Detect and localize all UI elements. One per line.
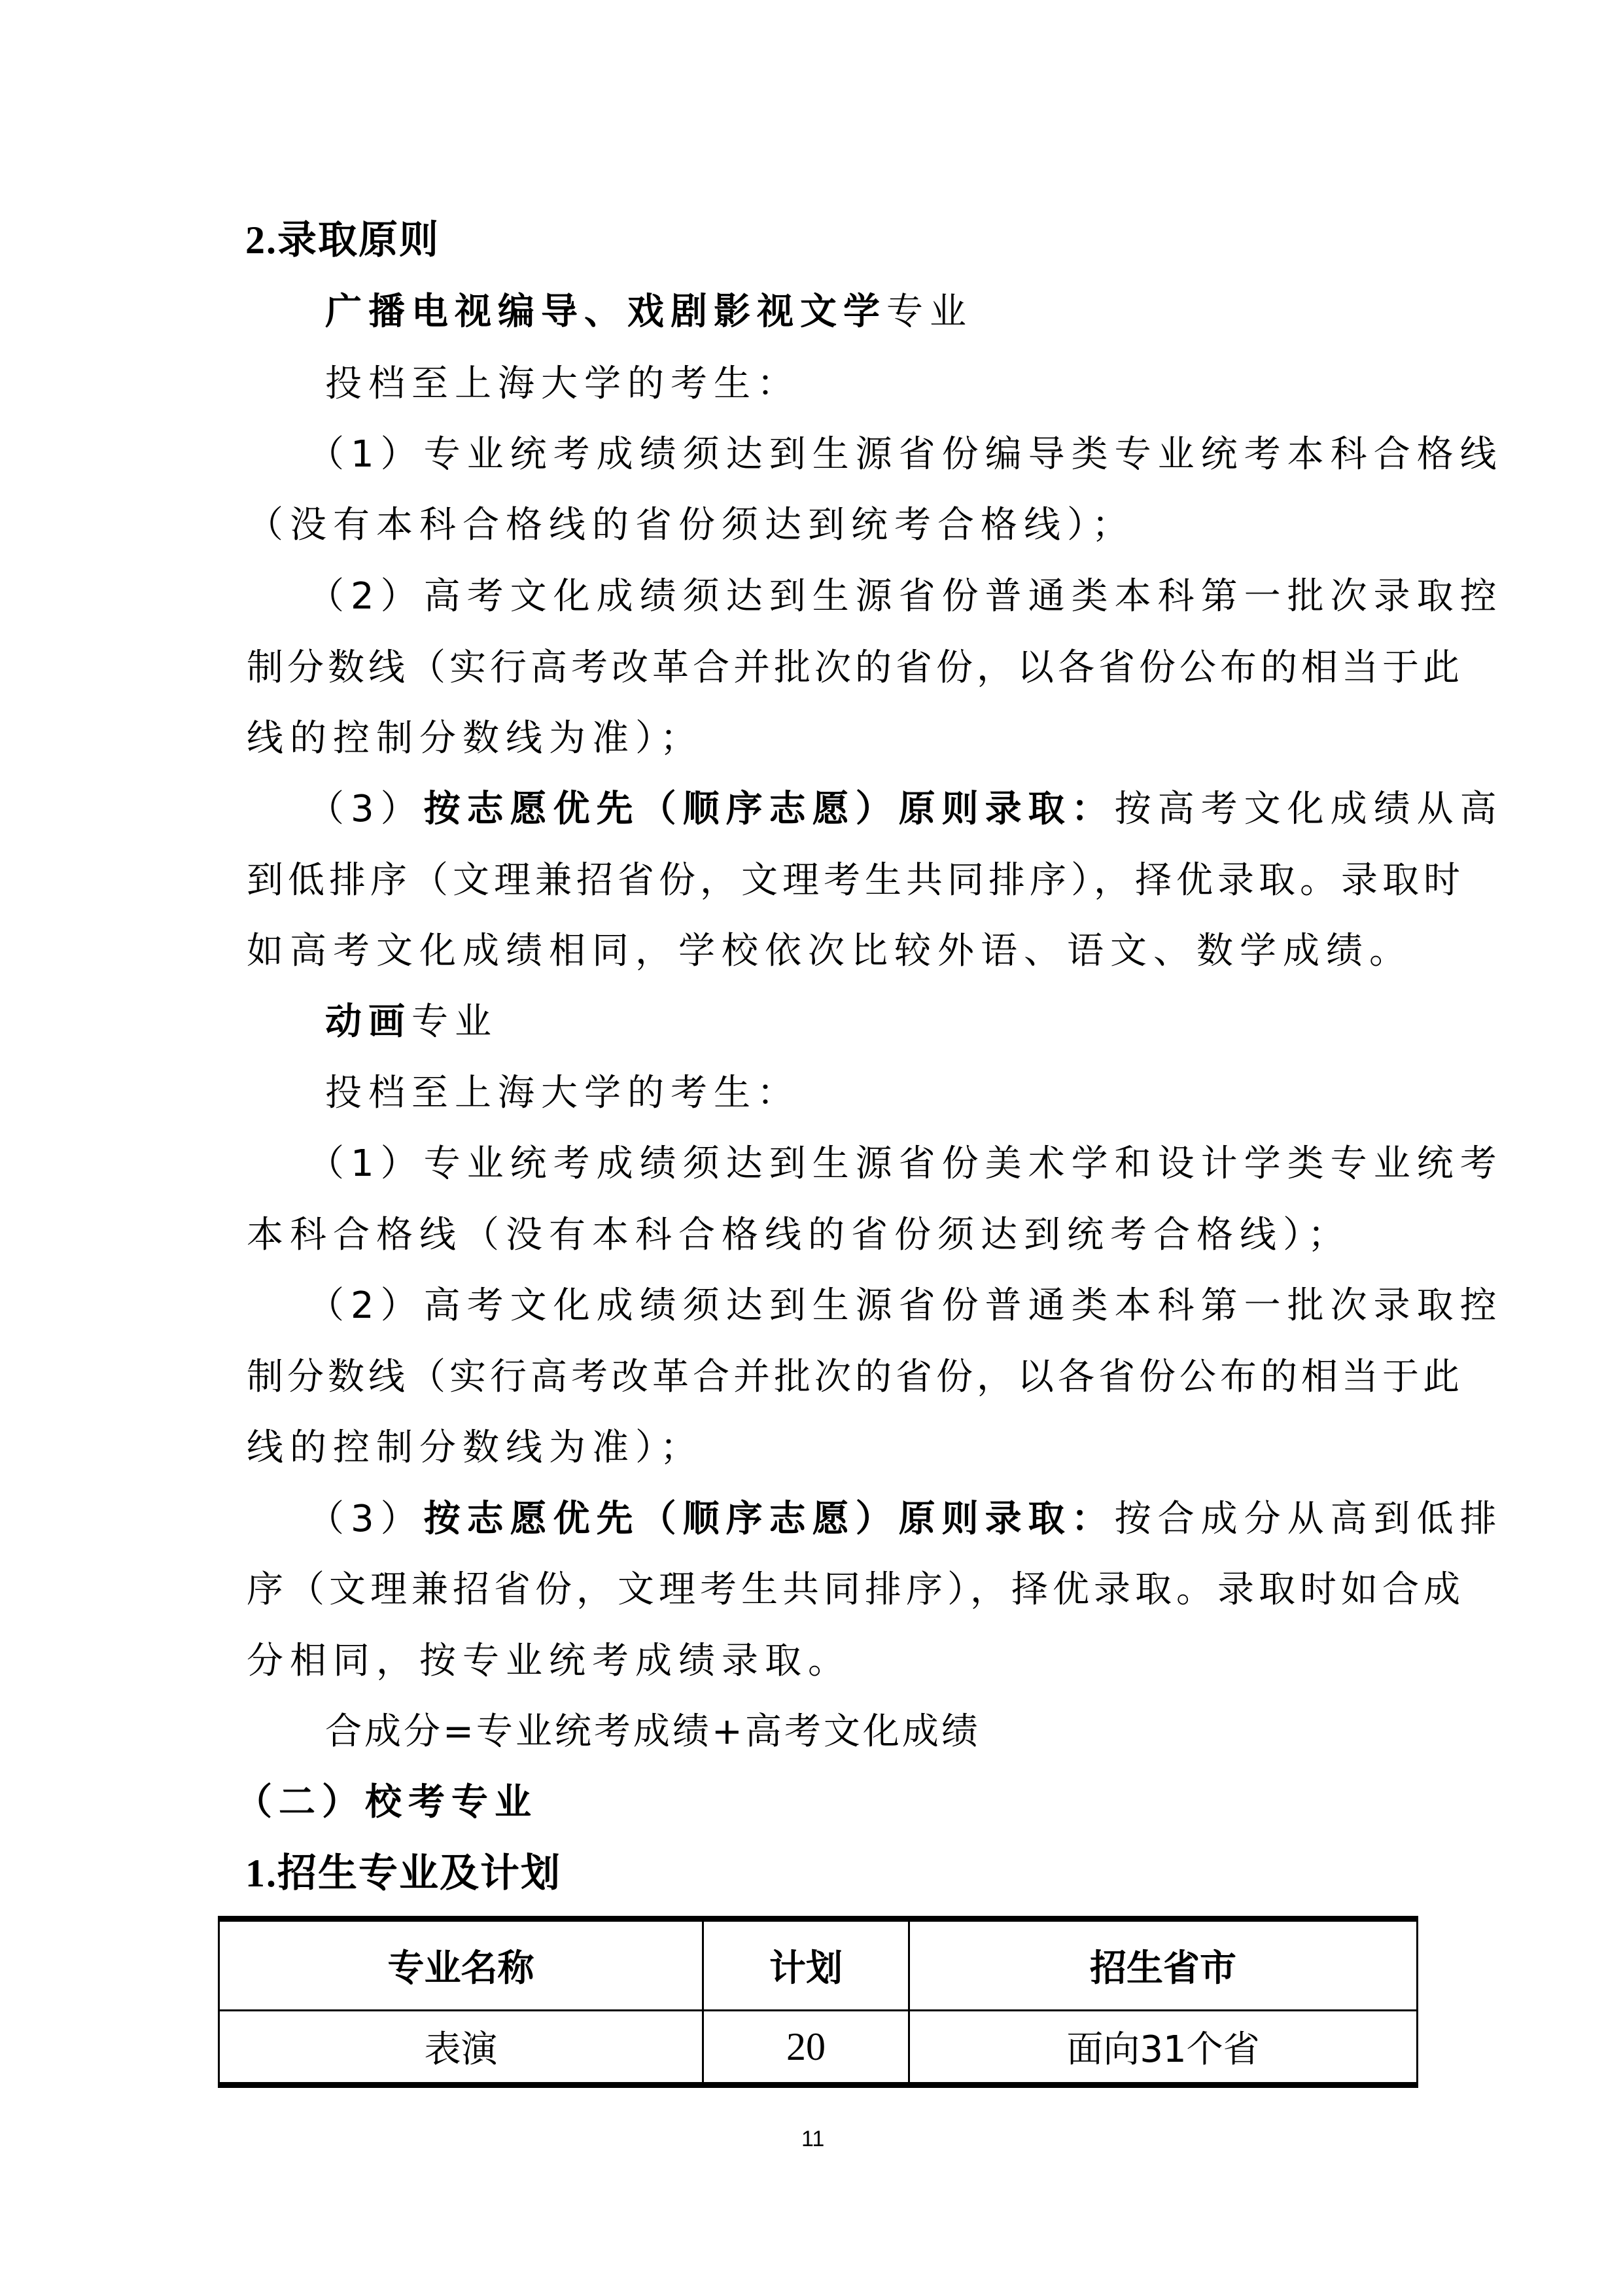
paragraph-line: （没有本科合格线的省份须达到统考合格线）； (247, 503, 1135, 548)
header-plan: 计划 (703, 1919, 909, 2011)
formula-text: 合成分=专业统考成绩+高考文化成绩 (325, 1709, 981, 1755)
cell-plan: 20 (703, 2011, 909, 2085)
paragraph-line: 本科合格线（没有本科合格线的省份须达到统考合格线）； (247, 1212, 1351, 1258)
paragraph-line: 序（文理兼招省份，文理考生共同排序），择优录取。录取时如合成 (247, 1567, 1465, 1613)
major-group-title-bold: 广播电视编导、戏剧影视文学 (325, 291, 886, 333)
rule-3-prefix: （3） (307, 788, 424, 830)
table-row: 表演 20 面向31个省 (219, 2011, 1418, 2085)
intro-text: 投档至上海大学的考生： (325, 1070, 800, 1116)
paragraph-line: 线的控制分数线为准）； (247, 716, 703, 762)
paragraph-line: （1）专业统考成绩须达到生源省份美术学和设计学类专业统考 (307, 1141, 1503, 1187)
major-group-title-bold: 动画 (325, 1000, 411, 1043)
rule-3-line: （3）按志愿优先（顺序志愿）原则录取：按高考文化成绩从高 (307, 786, 1503, 832)
paragraph-line: 制分数线（实行高考改革合并批次的省份，以各省份公布的相当于此 (247, 1354, 1463, 1400)
rule-3-prefix: （3） (307, 1498, 424, 1540)
paragraph-line: 制分数线（实行高考改革合并批次的省份，以各省份公布的相当于此 (247, 645, 1463, 691)
cell-major-name: 表演 (219, 2011, 703, 2085)
paragraph-line: 到低排序（文理兼招省份，文理考生共同排序），择优录取。录取时 (247, 858, 1465, 904)
rule-3-line: （3）按志愿优先（顺序志愿）原则录取：按合成分从高到低排 (307, 1496, 1503, 1542)
page-number: 11 (801, 2127, 824, 2152)
rule-3-bold: 按志愿优先（顺序志愿）原则录取： (424, 1498, 1115, 1540)
rule-3-rest: 按高考文化成绩从高 (1115, 788, 1503, 830)
enrollment-plan-table: 专业名称 计划 招生省市 表演 20 面向31个省 (218, 1916, 1418, 2088)
paragraph-line: 分相同，按专业统考成绩录取。 (247, 1638, 851, 1684)
paragraph-line: （1）专业统考成绩须达到生源省份编导类专业统考本科合格线 (307, 432, 1503, 478)
major-group-title-suffix: 专业 (886, 291, 973, 333)
intro-text: 投档至上海大学的考生： (325, 361, 800, 407)
table-header-row: 专业名称 计划 招生省市 (219, 1919, 1418, 2011)
header-provinces: 招生省市 (909, 1919, 1418, 2011)
major-group-title-suffix: 专业 (411, 1000, 498, 1043)
rule-3-bold: 按志愿优先（顺序志愿）原则录取： (424, 788, 1115, 830)
rule-3-rest: 按合成分从高到低排 (1115, 1498, 1503, 1540)
paragraph-line: 线的控制分数线为准）； (247, 1425, 703, 1471)
major-group-title: 广播电视编导、戏剧影视文学专业 (325, 289, 973, 335)
cell-provinces: 面向31个省 (909, 2011, 1418, 2085)
header-major-name: 专业名称 (219, 1919, 703, 2011)
plan-heading: 1.招生专业及计划 (245, 1850, 561, 1896)
major-group-title: 动画专业 (325, 999, 498, 1045)
section-heading-admission-principles: 2.录取原则 (245, 217, 440, 263)
paragraph-line: （2）高考文化成绩须达到生源省份普通类本科第一批次录取控 (307, 574, 1503, 620)
paragraph-line: 如高考文化成绩相同，学校依次比较外语、语文、数学成绩。 (247, 928, 1412, 974)
section-heading-school-exam: （二）校考专业 (236, 1780, 538, 1826)
paragraph-line: （2）高考文化成绩须达到生源省份普通类本科第一批次录取控 (307, 1283, 1503, 1329)
